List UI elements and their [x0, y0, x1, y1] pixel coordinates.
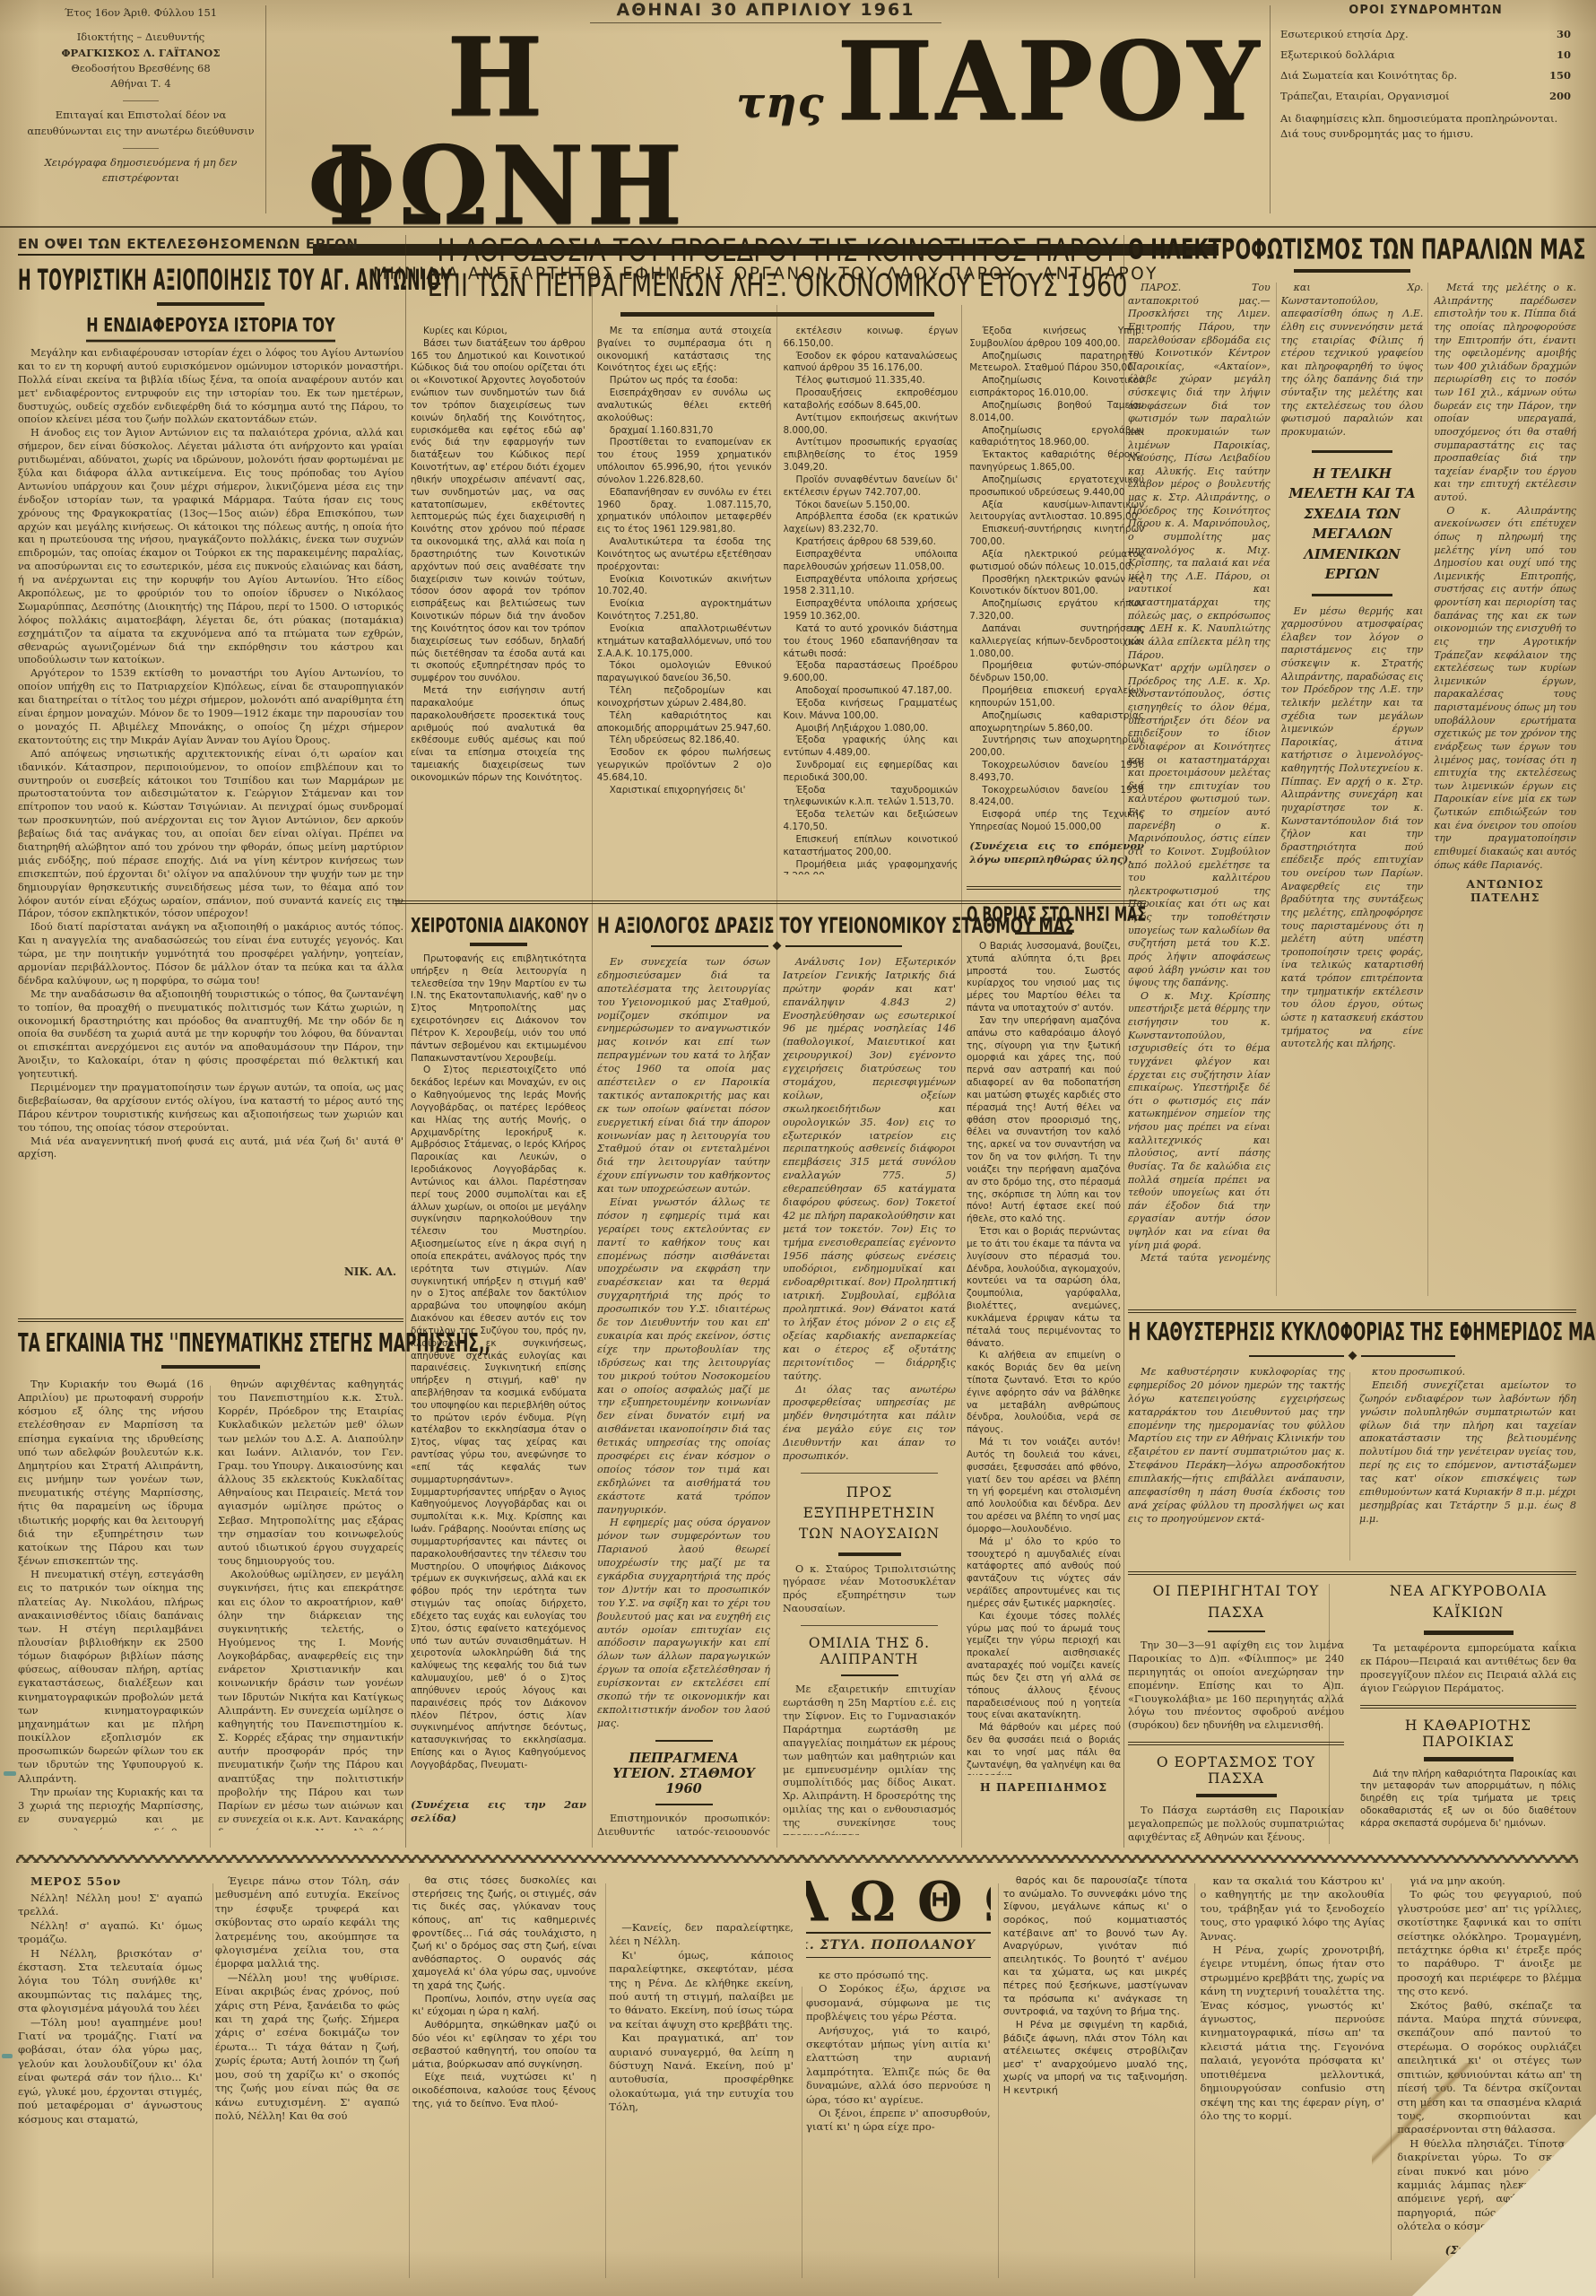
feuilleton-title-block: ΚΛΩΘΩ ΤΟΥ κ. ΣΤΥΛ. ΠΟΠΟΛΑΝΟΥ: [806, 1874, 991, 1958]
issue-line: Έτος 16ον Άριθ. Φύλλου 151: [22, 5, 260, 21]
column-divider: [405, 235, 406, 1848]
header-rule: [0, 226, 1596, 228]
subscription-item: Τράπεζαι, Εταιρίαι, Οργανισμοί 200: [1280, 90, 1571, 102]
column-divider: [998, 1883, 999, 2278]
paragraph: Συντήρησις των αποχωρητηρίων 200,00.: [969, 735, 1144, 760]
owner-city: Αθήναι Τ. 4: [22, 76, 260, 91]
headline-dash: [1015, 932, 1072, 935]
section-bar: [1196, 1794, 1277, 1797]
feuilleton-klotho: ΜΕΡΟΣ 55ον Νέλλη! Νέλλη μου! Σ' αγαπώ τρ…: [18, 1874, 1582, 2289]
paragraph: Έξοδα κινήσεως Υπηρ. Συμβουλίου άρθρου 1…: [969, 326, 1144, 351]
paragraph: Εισπραχθέντα υπόλοιπα παρελθουσών χρήσεω…: [784, 549, 958, 574]
paragraph: ΠΑΡΟΣ. Του ανταποκριτού μας.—Προσκλήσει …: [1128, 282, 1271, 662]
paragraph: Την 30—3—91 αφίχθη εις τον λιμένα Παροικ…: [1128, 1639, 1344, 1733]
paragraph: Μά θάρθούν και μέρες πού δεν θα φυσσάει …: [967, 1722, 1121, 1775]
egkainia-col2: θηνών αφιχθέντας καθηγητάς του Πανεπιστη…: [218, 1378, 403, 1831]
paragraph: Ακολούθως ωμίλησεν, εν μεγάλη συγκινήσει…: [218, 1568, 403, 1831]
paragraph: Έξοδα κινήσεως Γραμματέως Κοιν. Μάννα 10…: [784, 698, 958, 723]
decorative-border: [16, 1855, 1578, 1863]
header-divider-right: [1270, 5, 1271, 213]
omilia-body: Με εξαιρετικήν επιτυχίαν εωρτάσθη η 25η …: [783, 1683, 956, 1835]
column-divider: [1123, 235, 1124, 1848]
paragraph: Προμήθεια επισκευή εργαλείων κηπουρών 15…: [969, 685, 1144, 710]
naousa-body: Ο κ. Σταύρος Τριπολιτσιώτης ηγόρασε νέαν…: [783, 1563, 956, 1617]
logodosia-col1: Κυρίες και Κύριοι,Βάσει των διατάξεων το…: [411, 326, 585, 874]
paragraph: Είναι γνωστόν άλλως τε πόσον η εφημερίς …: [597, 1196, 770, 1517]
column-divider: [1391, 1883, 1392, 2260]
paragraph: Είχε πειά, νυχτώσει κι' η οικοδέσποινα, …: [412, 2071, 597, 2110]
egkainia-col2-list: θηνών αφιχθέντας καθηγητάς του Πανεπιστη…: [218, 1378, 403, 1831]
paragraph: Κατ' αρχήν ωμίλησεν ο Πρόεδρος της Λ.Ε. …: [1128, 662, 1271, 990]
column-divider: [409, 1883, 410, 2278]
paragraph: Προϊόν συναφθέντων δανείων δι' εκτέλεσιν…: [784, 474, 958, 500]
subscription-label: Τράπεζαι, Εταιρίαι, Οργανισμοί: [1280, 90, 1544, 102]
section-rule: [1128, 1742, 1344, 1745]
subscription-item: Διά Σωματεία και Κοινότητας δρ. 150: [1280, 69, 1571, 82]
paragraph: Μά μ' όλο το κρύο το τσουχτερό η αμυγδαλ…: [967, 1536, 1121, 1611]
section-rule: [801, 1473, 938, 1474]
paragraph: καν τα σκαλιά του Κάστρου κι' ο καθηγητή…: [1201, 1874, 1385, 1944]
paragraph: Ο κ. Αλιπράντης ανεκοίνωσεν ότι επέτυχεν…: [1434, 505, 1576, 873]
article-body: Πρωτοφανής εις επιβλητικότητα υπήρξεν η …: [411, 953, 586, 1787]
paragraph: Πρώτον ως πρός τα έσοδα:: [597, 375, 772, 387]
logodosia-col3: εκτέλεσιν κοινωφ. έργων 66.150,00.Έσοδον…: [784, 326, 958, 874]
column-divider: [213, 1883, 213, 2278]
paragraph: Ο Σ)τος περιεστοιχίζετο υπό δεκάδος Ιερέ…: [411, 1065, 586, 1771]
paragraph: Προστίθεται το εναπομείναν εκ του έτους …: [597, 437, 772, 486]
paragraph: Κατά το αυτό χρονικόν διάστημα του έτους…: [784, 623, 958, 660]
ygeion-col2: Ανάλυσις 1ον) Εξωτερικόν Ιατρείον Γενική…: [783, 956, 956, 1835]
article-body: Μεγάλην και ενδιαφέρουσαν ιστορίαν έχει …: [18, 347, 403, 1262]
paragraph: Συνδρομαί εις εφημερίδας και περιοδικά 3…: [784, 760, 958, 785]
column-divider: [1427, 283, 1428, 1296]
subscription-item: Εσωτερικού ετησία Δρχ. 30: [1280, 28, 1571, 40]
owner-label: Ιδιοκτήτης – Διευθυντής: [22, 30, 260, 45]
paragraph: Έξοδα παραστάσεως Προέδρου 9.600,00.: [784, 660, 958, 685]
paragraph: Εν συνεχεία των όσων εδημοσιεύσαμεν διά …: [597, 956, 770, 1196]
section-rule: [1360, 1705, 1576, 1709]
paragraph: Νέλλη! σ' αγαπώ. Κι' όμως τρομάζω.: [18, 1919, 203, 1947]
column-divider: [210, 1386, 211, 1848]
feuilleton-text: Νέλλη! Νέλλη μου! Σ' αγαπώ τρελλά.Νέλλη!…: [18, 1892, 203, 2126]
paragraph: Αποζημίωσις εργατοτεχνικού προσωπικού υδ…: [969, 474, 1144, 500]
ygeion-intro: Εν συνεχεία των όσων εδημοσιεύσαμεν διά …: [597, 956, 770, 1731]
note-checks: Επιταγαί και Επιστολαί δέον να απευθύνων…: [22, 108, 260, 139]
column-divider: [1329, 1584, 1330, 1844]
paragraph: εκτέλεσιν κοινωφ. έργων 66.150,00.: [784, 326, 958, 351]
section-headline: Ο ΕΟΡΤΑΣΜΟΣ ΤΟΥ ΠΑΣΧΑ: [1128, 1754, 1344, 1787]
subhead-omilia: ΟΜΙΛΙΑ ΤΗΣ δ. ΑΛΙΠΡΑΝΤΗ: [783, 1635, 956, 1667]
electro-col1: ΠΑΡΟΣ. Του ανταποκριτού μας.—Προσκλήσει …: [1128, 282, 1271, 1264]
electro-col2b: Εν μέσω θερμής και χαρμοσύνου ατμοσφαίρα…: [1281, 605, 1424, 1051]
paragraph: Εισφορά υπέρ της Τεχνικής Υπηρεσίας Νομο…: [969, 809, 1144, 834]
article-kicker: ΕΝ ΟΨΕΙ ΤΩΝ ΕΚΤΕΛΕΣΘΗΣΟΜΕΝΩΝ ΕΡΓΩΝ: [18, 236, 358, 256]
paragraph: Ενοίκια απαλλοτριωθέντων κτημάτων καταβα…: [597, 623, 772, 660]
logodosia-col4: Έξοδα κινήσεως Υπηρ. Συμβουλίου άρθρου 1…: [969, 326, 1144, 874]
paragraph: Τέλη υδρεύσεως 82.186,40.: [597, 735, 772, 747]
paragraph: Μετά την εισήγησιν αυτή παρακαλούμε όπως…: [411, 685, 585, 785]
title-small: της: [736, 78, 824, 126]
paragraph: Η πνευματική στέγη, εστεγάσθη εις το πατ…: [18, 1568, 204, 1786]
column-divider: [802, 1987, 802, 2278]
column-divider: [605, 1883, 606, 2278]
paragraph: Προμήθεια φυτών-σπόρων-δένδρων 150,00.: [969, 660, 1144, 685]
section-dash: [655, 1804, 713, 1805]
section-body: Το Πάσχα εωρτάσθη εις Παροικίαν μεγαλοπρ…: [1128, 1805, 1344, 1845]
article-signature: ΝΙΚ. ΑΛ.: [18, 1265, 403, 1278]
paragraph: Εισεπράχθησαν εν συνόλω ως αναλυτικώς θέ…: [597, 387, 772, 424]
electro-col2a: και Χρ. Κωνσταντοπούλου, απεφασίσθη όπως…: [1281, 282, 1424, 439]
divider: [123, 148, 159, 149]
paragraph: Η εφημερίς μας ούσα όργανον μόνον των συ…: [597, 1517, 770, 1730]
paragraph: —Νέλλη μου! της ψυθίρισε. Είναι ακριβώς …: [215, 1971, 400, 2123]
paragraph: Σαν την υπερήφανη αμαζόνα απάνω στο καθα…: [967, 1015, 1121, 1226]
paragraph: Εν μέσω θερμής και χαρμοσύνου ατμοσφαίρα…: [1281, 605, 1424, 1051]
subscription-label: Εξωτερικού δολλάρια: [1280, 48, 1551, 61]
subscription-item: Εξωτερικού δολλάρια 10: [1280, 48, 1571, 61]
title-part2: ΠΑΡΟΥ: [837, 29, 1262, 137]
subscription-items: Εσωτερικού ετησία Δρχ. 30 Εξωτερικού δολ…: [1280, 28, 1571, 102]
paragraph: Αποζημίωσις εργολάβων καθαριότητος 18.96…: [969, 425, 1144, 450]
paragraph: Την Κυριακήν του Θωμά (16 Απριλίου) με π…: [18, 1378, 204, 1568]
header-divider-left: [265, 5, 266, 213]
feuilleton-col1: ΜΕΡΟΣ 55ον Νέλλη! Νέλλη μου! Σ' αγαπώ τρ…: [18, 1874, 203, 2289]
paragraph: Τοκοχρεωλύσιον δανείου 1956 8.493,70.: [969, 760, 1144, 785]
paragraph: Δαπάναι συντηρήσεως καλλιεργείας κήπων-δ…: [969, 623, 1144, 660]
headline-dash: [470, 943, 527, 946]
masthead-left-info: Έτος 16ον Άριθ. Φύλλου 151 Ιδιοκτήτης – …: [22, 5, 260, 195]
column-divider: [592, 269, 593, 1848]
paragraph: Η Νέλλη, βρισκόταν σ' έκσταση. Στα τελευ…: [18, 1947, 203, 2016]
column-divider: [1194, 1883, 1195, 2278]
paragraph: Αποζημίωσις Κοινοτικού εισπράκτορος 16.0…: [969, 375, 1144, 400]
paragraph: Τοκοχρεωλύσιον δανείου 1958 8.424,00.: [969, 785, 1144, 810]
article-subhead: Η ΕΝΔΙΑΦΕΡΟΥΣΑ ΙΣΤΟΡΙΑ ΤΟΥ: [86, 313, 334, 342]
paragraph: δραχμαί 1.160.831,70: [597, 425, 772, 438]
article-signature: ΑΝΤΩΝΙΟΣ ΠΑΤΕΛΗΣ: [1434, 877, 1576, 904]
paragraph: θαρός και δε παρουσίαζε τίποτα το ανώμαλ…: [1003, 1874, 1188, 2019]
section-rule: [801, 1625, 938, 1626]
masthead: Έτος 16ον Άριθ. Φύλλου 151 Ιδιοκτήτης – …: [0, 0, 1596, 219]
paragraph: Ενοίκια αγροκτημάτων Κοινότητος 7.251,80…: [597, 598, 772, 623]
subscription-title: ΟΡΟΙ ΣΥΝΔΡΟΜΗΤΩΝ: [1280, 4, 1571, 17]
paragraph: Επειδή συνεχίζεται αμείωτον το ζωηρόν εν…: [1359, 1379, 1576, 1526]
section-rule: [1128, 1309, 1576, 1313]
paragraph: Αποζημίωσις καθαριστρίας αποχωρητηρίων 5…: [969, 710, 1144, 735]
feuilleton-text: κε στο πρόσωπό της.Ο Σορόκος έξω, άρχισε…: [806, 1969, 991, 2135]
article-kathysterisis: Η ΚΑΘΥΣΤΕΡΗΣΙΣ ΚΥΚΛΟΦΟΡΙΑΣ ΤΗΣ ΕΦΗΜΕΡΙΔΟ…: [1128, 1318, 1576, 1568]
owner-address: Θεοδοσήτου Βρεσθένης 68: [22, 61, 260, 76]
column-divider: [776, 305, 777, 1848]
subscription-value: 30: [1551, 28, 1571, 40]
column-divider: [1276, 283, 1277, 1296]
section-rule: [967, 886, 1121, 890]
paragraph: γιά να μην ακούη.: [1397, 1874, 1582, 1888]
paragraph: Το φώς του φεγγαριού, πού γλυστρούσε μεσ…: [1397, 1888, 1582, 1998]
paragraph: Έκτακτος καθαριότης θέρους-πανηγύρεως 1.…: [969, 449, 1144, 474]
article-borias: Ο ΒΟΡΙΑΣ ΣΤΟ ΝΗΣΙ ΜΑΣ Ο Βαριάς λυσσομανά…: [967, 886, 1121, 1848]
paragraph: Τόκοι ομολογιών Εθνικού παραγωγικού δανε…: [597, 660, 772, 685]
feuilleton-col5: ΚΛΩΘΩ ΤΟΥ κ. ΣΤΥΛ. ΠΟΠΟΛΑΝΟΥ κε στο πρόσ…: [806, 1874, 991, 2289]
paragraph: Τέλος φωτισμού 11.335,40.: [784, 375, 958, 387]
paragraph: Μά τι τον νοιάζει αυτόν! Αυτός τη δουλει…: [967, 1437, 1121, 1536]
paragraph: Αμοιβή Ληξιάρχου 1.080,00.: [784, 723, 958, 735]
paragraph: θα στις τόσες δυσκολίες και στερήσεις τη…: [412, 1874, 597, 1993]
feuilleton-byline: ΤΟΥ κ. ΣΤΥΛ. ΠΟΠΟΛΑΝΟΥ: [806, 1932, 991, 1958]
paragraph: Προσαυξήσεις εκπροθέσμου καταβολής εσόδω…: [784, 387, 958, 413]
feuilleton-col6: θαρός και δε παρουσίαζε τίποτα το ανώμαλ…: [1003, 1874, 1188, 2289]
paragraph: Νέλλη! Νέλλη μου! Σ' αγαπώ τρελλά.: [18, 1892, 203, 1919]
headline-dash: [161, 1365, 260, 1369]
paragraph: κε στο πρόσωπό της.: [806, 1969, 991, 1982]
article-electro: Ο ΗΛΕΚΤΡΟΦΩΤΙΣΜΟΣ ΤΩΝ ΠΑΡΑΛΙΩΝ ΜΑΣ ΠΑΡΟΣ…: [1128, 233, 1576, 1306]
paragraph: Κι αλήθεια αν επιμείνη ο κακός Βοριάς δε…: [967, 1350, 1121, 1437]
paragraph: Αποζημίωσις εργάτου κήπων 7.320,00.: [969, 598, 1144, 623]
electro-col2: και Χρ. Κωνσταντοπούλου, απεφασίσθη όπως…: [1281, 282, 1424, 1264]
section-bar: [1424, 1757, 1514, 1761]
paragraph: Διά την πλήρη καθαριότητα Παροικίας και …: [1360, 1769, 1576, 1831]
feuilleton-col4: —Κανείς, δεν παραλείφτηκε, λέει η Νέλλη.…: [609, 1874, 794, 2289]
paragraph: Έξοδα τελετών και δεξιώσεων 4.170,50.: [784, 809, 958, 834]
ygeion-analysis: Ανάλυσις 1ον) Εξωτερικόν Ιατρείον Γενική…: [783, 956, 956, 1464]
paragraph: Ανάλυσις 1ον) Εξωτερικόν Ιατρείον Γενική…: [783, 956, 956, 1384]
paragraph: Οι ξένοι, έπρεπε ν' αποσυρθούν, γιατί κι…: [806, 2107, 991, 2135]
paragraph: Έτσι και ο βοριάς περνώντας με το άτι το…: [967, 1226, 1121, 1350]
ink-mark: [4, 1771, 16, 1776]
title-part1: Η ΦΩΝΗ: [269, 24, 724, 241]
paragraph: Αξία ηλεκτρικού ρεύματος φωτισμού οδών π…: [969, 549, 1144, 574]
article-headline: Η ΤΟΥΡΙΣΤΙΚΗ ΑΞΙΟΠΟΙΗΣΙΣ ΤΟΥ ΑΓ. ΑΝΤΩΝΙΟ…: [18, 265, 453, 298]
paragraph: Τόκοι δανείων 5.150,00.: [784, 500, 958, 512]
article-egkainia: ΤΑ ΕΓΚΑΙΝΙΑ ΤΗΣ ''ΠΝΕΥΜΑΤΙΚΗΣ ΣΤΕΓΗΣ ΜΑΡ…: [18, 1329, 403, 1848]
paragraph: Σκότος βαθύ, σκέπαζε τα πάντα. Μαύρα πηχ…: [1397, 1999, 1582, 2137]
paragraph: Με τα επίσημα αυτά στοιχεία βγαίνει το σ…: [597, 326, 772, 375]
subscription-note: Αι διαφημίσεις κλπ. δημοσιεύματα προπληρ…: [1280, 111, 1571, 141]
paragraph: Επιστημονικόν προσωπικόν: Διευθυντής ιατ…: [597, 1813, 770, 1835]
paragraph: Επισκευή-συντήρησις κινητήρων 700,00.: [969, 524, 1144, 549]
paragraph: Αργότερον το 1539 εκτίσθη το μοναστήρι τ…: [18, 667, 403, 747]
section-rule: [18, 1318, 403, 1322]
paragraph: Προμήθεια μιάς γραφομηχανής 7.200,00.: [784, 859, 958, 874]
paragraph: Αξία καυσίμων-λιπαντικών λειτουργίας αντ…: [969, 500, 1144, 525]
paragraph: Μετά της μελέτης ο κ. Αλιπράντης παρέδωσ…: [1434, 282, 1576, 505]
paragraph: Η Ρένα, χωρίς χρονοτριβή, έγειρε ντυμένη…: [1201, 1944, 1385, 2123]
note-manuscripts: Χειρόγραφα δημοσιευόμενα ή μη δεν επιστρ…: [22, 155, 260, 187]
article-headline: Η ΚΑΘΥΣΤΕΡΗΣΙΣ ΚΥΚΛΟΦΟΡΙΑΣ ΤΗΣ ΕΦΗΜΕΡΙΔΟ…: [1128, 1318, 1596, 1347]
paragraph: Δι όλας τας ανωτέρω προσφερθείσας υπηρεσ…: [783, 1384, 956, 1464]
paragraph: Τα μεταφέροντα εμπορεύματα καΐκια εκ Πάρ…: [1360, 1642, 1576, 1696]
paragraph: Και έχουμε τόσες πολλές γύρω μας πού το …: [967, 1611, 1121, 1722]
paragraph: —Κανείς, δεν παραλείφτηκε, λέει η Νέλλη.: [609, 1921, 794, 1949]
feuilleton-title: ΚΛΩΘΩ: [806, 1874, 991, 1929]
column-divider: [961, 305, 962, 1848]
section-dash: [1312, 594, 1392, 596]
part-label: ΜΕΡΟΣ 55ον: [18, 1874, 203, 1888]
paragraph: Αντίτιμον προσωπικής εργασίας επιβληθείσ…: [784, 437, 958, 474]
owner-name: ΦΡΑΓΚΙΣΚΟΣ Λ. ΓΑΪΤΑΝΟΣ: [22, 46, 260, 61]
paragraph: Επισκευή επίπλων κοινοτικού καταστήματος…: [784, 834, 958, 859]
section-headline: ΝΕΑ ΑΓΚΥΡΟΒΟΛΙΑ ΚΑΪΚΙΩΝ: [1360, 1580, 1576, 1623]
section-headline: ΟΙ ΠΕΡΙΗΓΗΤΑΙ ΤΟΥ ΠΑΣΧΑ: [1128, 1580, 1344, 1623]
paragraph: Και πραγματικά, απ' τον αυριανό συναγερμ…: [609, 2031, 794, 2114]
subhead-pepragmena: ΠΕΠΡΑΓΜΕΝΑ ΥΓΕΙΟΝ. ΣΤΑΘΜΟΥ 1960: [597, 1751, 770, 1796]
paragraph: Τέλη καθαριότητος και αποκομιδής απορριμ…: [597, 710, 772, 735]
section-rule: [1128, 1571, 1576, 1575]
egkainia-col1: Την Κυριακήν του Θωμά (16 Απριλίου) με π…: [18, 1378, 204, 1831]
article-headline-line1: Η ΛΟΓΟΔΟΣΙΑ ΤΟΥ ΠΡΟΕΔΡΟΥ ΤΗΣ ΚΟΙΝΟΤΗΤΟΣ …: [437, 233, 1117, 269]
paragraph: Μεγάλην και ενδιαφέρουσαν ιστορίαν έχει …: [18, 347, 403, 427]
paragraph: Περιμένομεν την πραγματοποίησιν των έργω…: [18, 1082, 403, 1135]
paragraph: Εισπραχθέντα υπόλοιπα χρήσεως 1959 10.36…: [784, 598, 958, 623]
paragraph: Αναλυτικώτερα τα έσοδα της Κοινότητος ως…: [597, 536, 772, 573]
divider: [123, 100, 159, 101]
logodosia-col2: Με τα επίσημα αυτά στοιχεία βγαίνει το σ…: [597, 326, 772, 874]
paragraph: Αποζημίωσις βοηθού Ταμείου 8.014,00.: [969, 400, 1144, 425]
paragraph: Ο Βαριάς λυσσομανά, βουίζει, χτυπά αλύπη…: [967, 941, 1121, 1015]
subhead-naousa: ΠΡΟΣ ΕΞΥΠΗΡΕΤΗΣΙΝ ΤΩΝ ΝΑΟΥΣΑΙΩΝ: [783, 1483, 956, 1545]
paragraph: Προσθήκη ηλεκτρικών φανών εις Κοινοτικόν…: [969, 574, 1144, 599]
feuilleton-col3: θα στις τόσες δυσκολίες και στερήσεις τη…: [412, 1874, 597, 2289]
headline-dash: [1294, 269, 1410, 273]
paragraph: Εισπραχθέντα υπόλοιπα χρήσεως 1958 2.311…: [784, 574, 958, 599]
paragraph: Εδαπανήθησαν εν συνόλω εν έτει 1960 δρα­…: [597, 487, 772, 536]
feuilleton-col2: Έγειρε πάνω στον Τόλη, σάν μεθυσμένη από…: [215, 1874, 400, 2289]
continuation-note: (Συνέχεια εις την 2αν σελίδα): [411, 1798, 586, 1826]
article-body: Ο Βαριάς λυσσομανά, βουίζει, χτυπά αλύπη…: [967, 941, 1121, 1775]
continuation-note: (Συνέχεια εις το επόμενον λόγω υπερπληθώ…: [969, 839, 1144, 867]
section-body: Τα μεταφέροντα εμπορεύματα καΐκια εκ Πάρ…: [1360, 1642, 1576, 1696]
paragraph: κτου προσωπικού.: [1359, 1366, 1576, 1379]
paragraph: Έγειρε πάνω στον Τόλη, σάν μεθυσμένη από…: [215, 1874, 400, 1971]
paragraph: Πρωτοφανής εις επιβλητικότητα υπήρξεν η …: [411, 953, 586, 1065]
paragraph: Βάσει των διατάξεων του άρθρου 165 του Δ…: [411, 338, 585, 685]
kathysterisis-col2: κτου προσωπικού.Επειδή συνεχίζεται αμείω…: [1359, 1366, 1576, 1550]
paragraph: Ο κ. Σταύρος Τριπολιτσιώτης ηγόρασε νέαν…: [783, 1563, 956, 1617]
subscription-value: 200: [1544, 90, 1571, 102]
paragraph: Έσοδον εκ φόρου καταναλώσεως καπνού άρθρ…: [784, 351, 958, 376]
subscription-value: 10: [1551, 48, 1571, 61]
subscription-box: ΟΡΟΙ ΣΥΝΔΡΟΜΗΤΩΝ Εσωτερικού ετησία Δρχ. …: [1280, 4, 1571, 141]
article-headline: ΤΑ ΕΓΚΑΙΝΙΑ ΤΗΣ ''ΠΝΕΥΜΑΤΙΚΗΣ ΣΤΕΓΗΣ ΜΑΡ…: [18, 1329, 490, 1359]
paragraph: Η Ρένα με σφιγμένη τη καρδιά, βάδιζε άφω…: [1003, 2019, 1188, 2098]
headline-rule: [1249, 1352, 1455, 1359]
paragraph: Κι' όμως, κάποιος παραλείφτηκε, σκεφτότα…: [609, 1949, 794, 2031]
paragraph: Τέλη πεζοδρομίων και κοινοχρήστων χώρων …: [597, 685, 772, 710]
paragraph: Ο Σορόκος έξω, άρχισε να φυσομανά, σύμφω…: [806, 1982, 991, 2023]
pepragmena-body: Επιστημονικόν προσωπικόν: Διευθυντής ιατ…: [597, 1813, 770, 1835]
subscription-value: 150: [1544, 69, 1571, 82]
ink-mark: [2, 2054, 13, 2058]
paragraph: Αυθόρμητα, σηκώθηκαν μαζύ οι δύο νέοι κι…: [412, 2019, 597, 2072]
paragraph: Έσοδον εκ φόρου πωλήσεως γεωργικών προϊό…: [597, 747, 772, 784]
electro-col3: Μετά της μελέτης ο κ. Αλιπράντης παρέδωσ…: [1434, 282, 1576, 1264]
paragraph: Αποζημίωσις παρατηρητού Μετεωρολ. Σταθμο…: [969, 351, 1144, 376]
paragraph: Ανήσυχος, γιά το καιρό, σκεφτόταν μήπως …: [806, 2024, 991, 2107]
headline-bar: [620, 312, 934, 317]
paragraph: Απρόβλεπτα έσοδα (εκ κρατικών λαχείων) 8…: [784, 511, 958, 536]
section-body: Την 30—3—91 αφίχθη εις τον λιμένα Παροικ…: [1128, 1639, 1344, 1733]
subscription-label: Διά Σωματεία και Κοινότητας δρ.: [1280, 69, 1544, 82]
electro-col3-list: Μετά της μελέτης ο κ. Αλιπράντης παρέδωσ…: [1434, 282, 1576, 872]
paragraph: Έξοδα γραφικής ύλης και εντύπων 4.489,00…: [784, 735, 958, 760]
headline-bar: [157, 302, 265, 306]
paragraph: Η άνοδος εις τον Άγιον Αντώνιον εις τα π…: [18, 427, 403, 667]
right-bottom-sections: ΟΙ ΠΕΡΙΗΓΗΤΑΙ ΤΟΥ ΠΑΣΧΑ Την 30—3—91 αφίχ…: [1128, 1580, 1576, 1849]
section-periigitai: ΟΙ ΠΕΡΙΗΓΗΤΑΙ ΤΟΥ ΠΑΣΧΑ Την 30—3—91 αφίχ…: [1128, 1580, 1344, 1845]
electro-subhead: Η ΤΕΛΙΚΗ ΜΕΛΕΤΗ ΚΑΙ ΤΑ ΣΧΕΔΙΑ ΤΩΝ ΜΕΓΑΛΩ…: [1281, 464, 1424, 585]
column-divider: [1349, 1372, 1350, 1561]
subscription-label: Εσωτερικού ετησία Δρχ.: [1280, 28, 1551, 40]
article-tourism: ΕΝ ΟΨΕΙ ΤΩΝ ΕΚΤΕΛΕΣΘΗΣΟΜΕΝΩΝ ΕΡΓΩΝ Η ΤΟΥ…: [18, 235, 403, 1311]
paragraph: Με καθυστέρησιν κυκλοφορίας της εφημερίδ…: [1128, 1366, 1345, 1526]
paragraph: Με εξαιρετικήν επιτυχίαν εωρτάσθη η 25η …: [783, 1683, 956, 1835]
section-dash: [841, 1674, 898, 1676]
paragraph: Το Πάσχα εωρτάσθη εις Παροικίαν μεγαλοπρ…: [1128, 1805, 1344, 1845]
newspaper-title: Η ΦΩΝΗ της ΠΑΡΟΥ: [269, 32, 1262, 233]
paragraph: —Τόλη μου! αγαπημένε μου! Γιατί να τρομά…: [18, 2016, 203, 2126]
paragraph: Αντίτιμον εκποιήσεως ακινήτων 8.000,00.: [784, 413, 958, 438]
paragraph: Με την αναδάσωσιν θα αξιοποιηθή τουριστι…: [18, 988, 403, 1082]
section-dash: [1208, 1631, 1265, 1632]
paragraph: Ιδού διατί παρίσταται ανάγκη να αξιοποιη…: [18, 921, 403, 987]
logodosia-col4-list: Έξοδα κινήσεως Υπηρ. Συμβουλίου άρθρου 1…: [969, 326, 1144, 834]
article-headline-line2: ΕΠΙ ΤΩΝ ΠΕΠΡΑΓΜΕΝΩΝ ΛΗΞ. ΟΙΚΟΝΟΜΙΚΟΥ ΕΤΟ…: [428, 268, 1128, 304]
paragraph: Την πρωίαν της Κυριακής και τα 3 χωριά τ…: [18, 1786, 204, 1831]
ygeion-col1: Εν συνεχεία των όσων εδημοσιεύσαμεν διά …: [597, 956, 770, 1835]
paragraph: Προπίνω, λοιπόν, στην υγεία σας κι' εύχο…: [412, 1993, 597, 2019]
paragraph: Μετά ταύτα γενομένης διαλογικής συζητήσε…: [1128, 1252, 1271, 1264]
section-bar: [838, 1552, 901, 1556]
article-signature: Η ΠΑΡΕΠΙΔΗΜΟΣ: [967, 1780, 1121, 1794]
section-headline: Η ΚΑΘΑΡΙΟΤΗΣ ΠΑΡΟΙΚΙΑΣ: [1360, 1718, 1576, 1750]
article-headline: ΧΕΙΡΟΤΟΝΙΑ ΔΙΑΚΟΝΟΥ: [411, 914, 588, 937]
paragraph: Κρατήσεις άρθρου 68 539,60.: [784, 536, 958, 549]
article-cheirotonia: ΧΕΙΡΟΤΟΝΙΑ ΔΙΑΚΟΝΟΥ Πρωτοφανής εις επιβλ…: [411, 913, 586, 1848]
section-dash: [1312, 450, 1392, 453]
paragraph: Από απόψεως νησιωτικής αρχιτεκτονικής εί…: [18, 748, 403, 922]
article-logodosia: Η ΛΟΓΟΔΟΣΙΑ ΤΟΥ ΠΡΟΕΔΡΟΥ ΤΗΣ ΚΟΙΝΟΤΗΤΟΣ …: [411, 233, 1144, 897]
paragraph: Χαριστικαί επιχορηγήσεις δι': [597, 785, 772, 797]
paragraph: Μιά νέα αναγεννητική πνοή φυσά εις αυτά,…: [18, 1135, 403, 1162]
section-body: Διά την πλήρη καθαριότητα Παροικίας και …: [1360, 1769, 1576, 1831]
paragraph: Ο κ. Μιχ. Κρίσπης υπεστήριξε μετά θέρμης…: [1128, 990, 1271, 1253]
kathysterisis-col1: Με καθυστέρησιν κυκλοφορίας της εφημερίδ…: [1128, 1366, 1345, 1550]
paragraph: Έξοδα ταχυδρομικών τηλεφωνικών κ.λ.π. τε…: [784, 785, 958, 810]
feuilleton-col7: καν τα σκαλιά του Κάστρου κι' ο καθηγητή…: [1201, 1874, 1385, 2289]
paragraph: θηνών αφιχθέντας καθηγητάς του Πανεπιστη…: [218, 1378, 403, 1568]
paragraph: και Χρ. Κωνσταντοπούλου, απεφασίσθη όπως…: [1281, 282, 1424, 439]
paragraph: Κυρίες και Κύριοι,: [411, 326, 585, 338]
paragraph: Ενοίκια Κοινοτικών ακινήτων 10.702,40.: [597, 574, 772, 599]
article-headline: Ο ΒΟΡΙΑΣ ΣΤΟ ΝΗΣΙ ΜΑΣ: [967, 905, 1146, 926]
section-agyrovolia: ΝΕΑ ΑΓΚΥΡΟΒΟΛΙΑ ΚΑΪΚΙΩΝ Τα μεταφέροντα ε…: [1360, 1580, 1576, 1845]
article-headline: Ο ΗΛΕΚΤΡΟΦΩΤΙΣΜΟΣ ΤΩΝ ΠΑΡΑΛΙΩΝ ΜΑΣ: [1128, 233, 1586, 265]
paragraph: Αποδοχαί προσωπικού 47.187,00.: [784, 685, 958, 698]
section-dash: [655, 1740, 713, 1742]
section-bar: [1424, 1631, 1514, 1635]
